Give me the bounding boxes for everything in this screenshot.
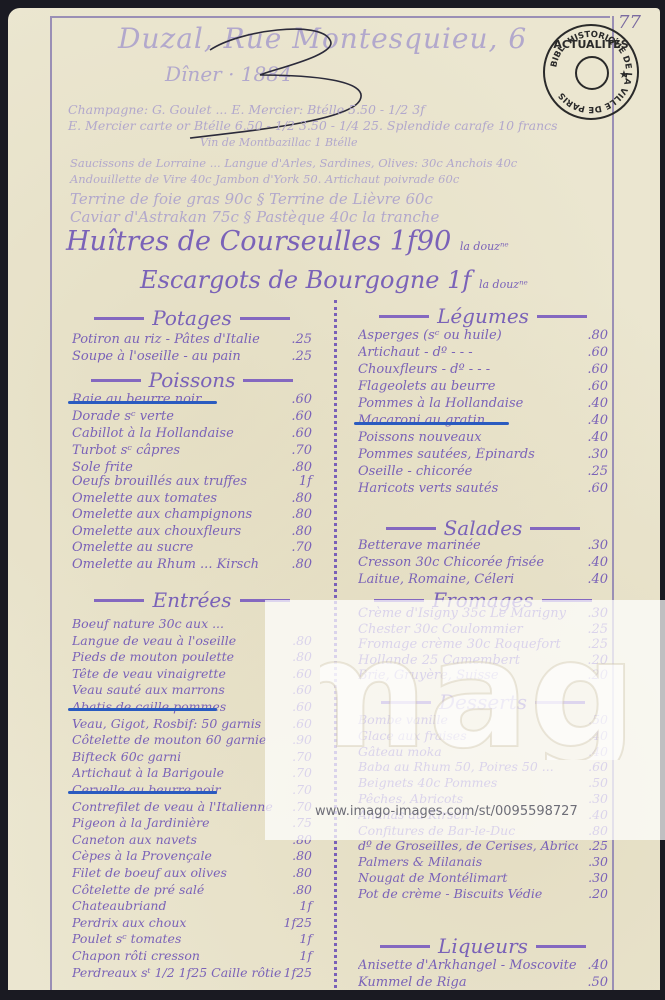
menu-item: Betterave marinée.30 <box>358 538 608 553</box>
menu-item-price: .30 <box>578 447 608 462</box>
menu-item-price: .60 <box>578 379 608 394</box>
section-heading: Poissons <box>72 368 312 392</box>
menu-item: Potiron au riz - Pâtes d'Italie.25 <box>72 332 312 347</box>
menu-item-name: Chateaubriand <box>72 898 282 913</box>
section-heading: Potages <box>72 306 312 330</box>
menu-item-name: Omelette au sucre <box>72 540 282 555</box>
oysters-unit: la douzⁿᵉ <box>460 240 509 253</box>
menu-item-name: Cabillot à la Hollandaise <box>72 426 282 441</box>
menu-item-name: Abatis de caille pommes <box>72 699 282 714</box>
section-heading: Liqueurs <box>358 934 608 958</box>
wine-line: E. Mercier carte or Btélle 6.50 - 1/2 3.… <box>68 118 558 133</box>
snails-price: 1f <box>447 266 471 294</box>
menu-item-name: Contrefilet de veau à l'Italienne <box>72 799 282 814</box>
menu-item-price: 1f <box>282 474 312 489</box>
menu-item-price: .80 <box>282 460 312 475</box>
menu-item-price: .30 <box>578 870 608 885</box>
menu-item: Cèpes à la Provençale.80 <box>72 848 312 863</box>
menu-item: Raie au beurre noir.60 <box>72 392 312 407</box>
menu-item-name: Soupe à l'oseille - au pain <box>72 349 282 364</box>
menu-item-name: Raie au beurre noir <box>72 392 282 407</box>
menu-item: Perdrix aux choux1f25 <box>72 915 312 930</box>
menu-item: Kummel de Riga.50 <box>358 975 608 990</box>
menu-item-name: Oeufs brouillés aux truffes <box>72 474 282 489</box>
menu-item: Soupe à l'oseille - au pain.25 <box>72 349 312 364</box>
menu-item: Omelette aux chouxfleurs.80 <box>72 524 312 539</box>
hors-doeuvre-line: Saucissons de Lorraine ... Langue d'Arle… <box>70 156 517 170</box>
section-title: Poissons <box>149 368 236 392</box>
menu-item-price: .25 <box>282 349 312 364</box>
menu-item-price: .25 <box>282 332 312 347</box>
library-stamp: BIBL. HISTORIQUE DE LA VILLE DE PARIS AC… <box>543 24 639 120</box>
heading-rule <box>240 317 290 320</box>
menu-item-price: .40 <box>578 413 608 428</box>
menu-item: Asperges (sᶜ ou huile).80 <box>358 328 608 343</box>
menu-item-name: Potiron au riz - Pâtes d'Italie <box>72 332 282 347</box>
menu-item: Pommes à la Hollandaise.40 <box>358 396 608 411</box>
menu-item-price: 1f <box>282 931 312 946</box>
menu-item: Turbot sᶜ câpres.70 <box>72 443 312 458</box>
menu-item-name: Côtelette de mouton 60 garnie <box>72 732 282 747</box>
menu-item-name: Caneton aux navets <box>72 832 282 847</box>
menu-item-name: Cèpes à la Provençale <box>72 848 282 863</box>
snails-special: Escargots de Bourgogne 1f la douzⁿᵉ <box>140 266 528 294</box>
heading-rule <box>94 599 144 602</box>
menu-item: Poissons nouveaux.40 <box>358 430 608 445</box>
section-title: Salades <box>444 516 523 540</box>
section-title: Potages <box>152 306 232 330</box>
menu-item-name: Nougat de Montélimart <box>358 870 578 885</box>
menu-item: Omelette au sucre.70 <box>72 540 312 555</box>
menu-item: Flageolets au beurre.60 <box>358 379 608 394</box>
menu-item: Chateaubriand1f <box>72 898 312 913</box>
menu-item-price: .40 <box>578 555 608 570</box>
menu-item-name: Pigeon à la Jardinière <box>72 815 282 830</box>
menu-item: dº de Groseilles, de Cerises, Abricots.2… <box>358 838 608 853</box>
menu-item: Oseille - chicorée.25 <box>358 464 608 479</box>
menu-item-price: .50 <box>578 975 608 990</box>
menu-item-price: .20 <box>578 886 608 901</box>
strikethrough-line <box>68 791 217 794</box>
menu-item-price: .30 <box>578 538 608 553</box>
ruled-border-right <box>612 16 614 1000</box>
menu-item-price: 1f <box>282 898 312 913</box>
menu-item-name: Omelette aux champignons <box>72 507 282 522</box>
menu-item-name: Flageolets au beurre <box>358 379 578 394</box>
menu-item-price: .80 <box>282 524 312 539</box>
menu-item-price: .60 <box>578 481 608 496</box>
section-title: Liqueurs <box>438 934 528 958</box>
menu-item: Filet de boeuf aux olives.80 <box>72 865 312 880</box>
heading-rule <box>91 379 141 382</box>
menu-item-price: .40 <box>578 396 608 411</box>
snails-unit: la douzⁿᵉ <box>479 278 528 291</box>
watermark-url: www.imago-images.com/st/0095598727 <box>315 804 578 819</box>
menu-item: Omelette au Rhum ... Kirsch.80 <box>72 557 312 572</box>
oysters-special: Huîtres de Courseulles 1f90 la douzⁿᵉ <box>66 226 509 257</box>
menu-item-name: Pieds de mouton poulette <box>72 649 282 664</box>
menu-item: Chouxfleurs - dº - - -.60 <box>358 362 608 377</box>
menu-item: Oeufs brouillés aux truffes1f <box>72 474 312 489</box>
menu-item-name: Omelette au Rhum ... Kirsch <box>72 557 282 572</box>
section-heading: Légumes <box>358 304 608 328</box>
heading-rule <box>536 945 586 948</box>
menu-item-name: Sole frite <box>72 460 282 475</box>
menu-item-name: Artichaut à la Barigoule <box>72 765 282 780</box>
menu-item-name: Chouxfleurs - dº - - - <box>358 362 578 377</box>
menu-item-name: Kummel de Riga <box>358 975 578 990</box>
menu-item-name: Veau sauté aux marrons <box>72 682 282 697</box>
menu-item-name: Macaroni au gratin <box>358 413 578 428</box>
menu-item-price: 1f <box>282 948 312 963</box>
menu-item-price: .80 <box>578 328 608 343</box>
menu-item-name: Omelette aux chouxfleurs <box>72 524 282 539</box>
menu-item-name: Poissons nouveaux <box>358 430 578 445</box>
svg-text:imago: imago <box>320 628 640 760</box>
heading-rule <box>537 315 587 318</box>
menu-item: Artichaut - dº - - -.60 <box>358 345 608 360</box>
menu-item-name: Perdreaux sᵗ 1/2 1f25 Caille rôtie <box>72 965 282 980</box>
strikethrough-line <box>354 422 509 425</box>
menu-item-price: .80 <box>282 507 312 522</box>
menu-item-price: .60 <box>282 409 312 424</box>
oysters-price: 1f90 <box>390 226 452 257</box>
menu-item-price: .40 <box>578 958 608 973</box>
section-title: Légumes <box>437 304 529 328</box>
heading-rule <box>530 527 580 530</box>
menu-item-price: .30 <box>578 854 608 869</box>
menu-item-name: Pommes sautées, Épinards <box>358 447 578 462</box>
menu-item-price: .60 <box>282 426 312 441</box>
ruled-border-top <box>50 16 610 18</box>
menu-item: Côtelette de pré salé.80 <box>72 882 312 897</box>
wine-line: Champagne: G. Goulet ... E. Mercier: Bté… <box>68 102 425 117</box>
hors-doeuvre-line: Andouillette de Vire 40c Jambon d'York 5… <box>70 172 459 186</box>
menu-item: Dorade sᶜ verte.60 <box>72 409 312 424</box>
menu-item-name: Anisette d'Arkhangel - Moscovite <box>358 958 578 973</box>
menu-item-price: 1f25 <box>282 965 312 980</box>
menu-item-name: Palmers & Milanais <box>358 854 578 869</box>
menu-item-name: dº de Groseilles, de Cerises, Abricots <box>358 838 578 853</box>
menu-item: Palmers & Milanais.30 <box>358 854 608 869</box>
menu-item-name: Asperges (sᶜ ou huile) <box>358 328 578 343</box>
svg-text:ACTUALITÉS: ACTUALITÉS <box>553 38 628 51</box>
stamp-inner-circle <box>575 56 609 90</box>
wine-line: Vin de Montbazillac 1 Btélle <box>200 136 358 149</box>
menu-item-name: Dorade sᶜ verte <box>72 409 282 424</box>
hors-doeuvre-line: Caviar d'Astrakan 75c § Pastèque 40c la … <box>70 208 439 226</box>
menu-item-name: Cervelle au beurre noir <box>72 782 282 797</box>
menu-item-price: .80 <box>282 882 312 897</box>
heading-rule <box>379 315 429 318</box>
strikethrough-line <box>68 708 217 711</box>
hors-doeuvre-line: Terrine de foie gras 90c § Terrine de Li… <box>70 190 433 208</box>
heading-rule <box>243 379 293 382</box>
menu-item-price: .70 <box>282 540 312 555</box>
menu-item: Nougat de Montélimart.30 <box>358 870 608 885</box>
menu-item: Cresson 30c Chicorée frisée.40 <box>358 555 608 570</box>
menu-item: Pommes sautées, Épinards.30 <box>358 447 608 462</box>
menu-item-name: Cresson 30c Chicorée frisée <box>358 555 578 570</box>
menu-item-name: Tête de veau vinaigrette <box>72 666 282 681</box>
section-title: Entrées <box>152 588 231 612</box>
menu-item-price: .80 <box>282 491 312 506</box>
menu-item: Macaroni au gratin.40 <box>358 413 608 428</box>
menu-item-name: Turbot sᶜ câpres <box>72 443 282 458</box>
menu-item-price: .60 <box>282 392 312 407</box>
menu-item: Sole frite.80 <box>72 460 312 475</box>
menu-item: Poulet sᶜ tomates1f <box>72 931 312 946</box>
menu-item-price: .80 <box>282 865 312 880</box>
menu-item-price: .80 <box>282 557 312 572</box>
menu-item-name: Langue de veau à l'oseille <box>72 633 282 648</box>
menu-item-name: Boeuf nature 30c aux ... <box>72 616 282 631</box>
menu-item-price: .25 <box>578 464 608 479</box>
menu-item: Perdreaux sᵗ 1/2 1f25 Caille rôtie1f25 <box>72 965 312 980</box>
menu-item-price: .40 <box>578 572 608 587</box>
menu-item-price: .60 <box>578 362 608 377</box>
menu-item-name: Bifteck 60c garni <box>72 749 282 764</box>
menu-item-name: Filet de boeuf aux olives <box>72 865 282 880</box>
oysters-name: Huîtres de Courseulles <box>66 226 381 257</box>
menu-item: Laitue, Romaine, Céleri.40 <box>358 572 608 587</box>
menu-item-name: Pot de crème - Biscuits Védie <box>358 886 578 901</box>
section-heading: Salades <box>358 516 608 540</box>
menu-item-name: Omelette aux tomates <box>72 491 282 506</box>
menu-item-name: Oseille - chicorée <box>358 464 578 479</box>
menu-item-name: Côtelette de pré salé <box>72 882 282 897</box>
menu-item: Chapon rôti cresson1f <box>72 948 312 963</box>
svg-text:★: ★ <box>619 68 629 81</box>
menu-item: Anisette d'Arkhangel - Moscovite.40 <box>358 958 608 973</box>
menu-item-name: Pommes à la Hollandaise <box>358 396 578 411</box>
menu-item-name: Poulet sᶜ tomates <box>72 931 282 946</box>
snails-name: Escargots de Bourgogne <box>140 266 440 294</box>
menu-item-name: Chapon rôti cresson <box>72 948 282 963</box>
menu-item-price: .60 <box>578 345 608 360</box>
menu-item-name: Laitue, Romaine, Céleri <box>358 572 578 587</box>
imago-logo-watermark: imago <box>320 628 640 760</box>
menu-item-name: Betterave marinée <box>358 538 578 553</box>
menu-item: Pot de crème - Biscuits Védie.20 <box>358 886 608 901</box>
menu-item-name: Artichaut - dº - - - <box>358 345 578 360</box>
heading-rule <box>386 527 436 530</box>
menu-item: Haricots verts sautés.60 <box>358 481 608 496</box>
heading-rule <box>94 317 144 320</box>
menu-item-price: .40 <box>578 430 608 445</box>
menu-item-name: Perdrix aux choux <box>72 915 282 930</box>
menu-item: Omelette aux champignons.80 <box>72 507 312 522</box>
ruled-border-left <box>50 16 52 1000</box>
menu-item-name: Haricots verts sautés <box>358 481 578 496</box>
menu-item-price: 1f25 <box>282 915 312 930</box>
menu-item-price: .25 <box>578 838 608 853</box>
menu-item-price: .80 <box>282 848 312 863</box>
menu-item-price: .70 <box>282 443 312 458</box>
menu-item-name: Veau, Gigot, Rosbif: 50 garnis <box>72 716 282 731</box>
strikethrough-line <box>68 401 217 404</box>
menu-item: Omelette aux tomates.80 <box>72 491 312 506</box>
menu-item: Cabillot à la Hollandaise.60 <box>72 426 312 441</box>
heading-rule <box>380 945 430 948</box>
scan-edge <box>0 990 665 1000</box>
